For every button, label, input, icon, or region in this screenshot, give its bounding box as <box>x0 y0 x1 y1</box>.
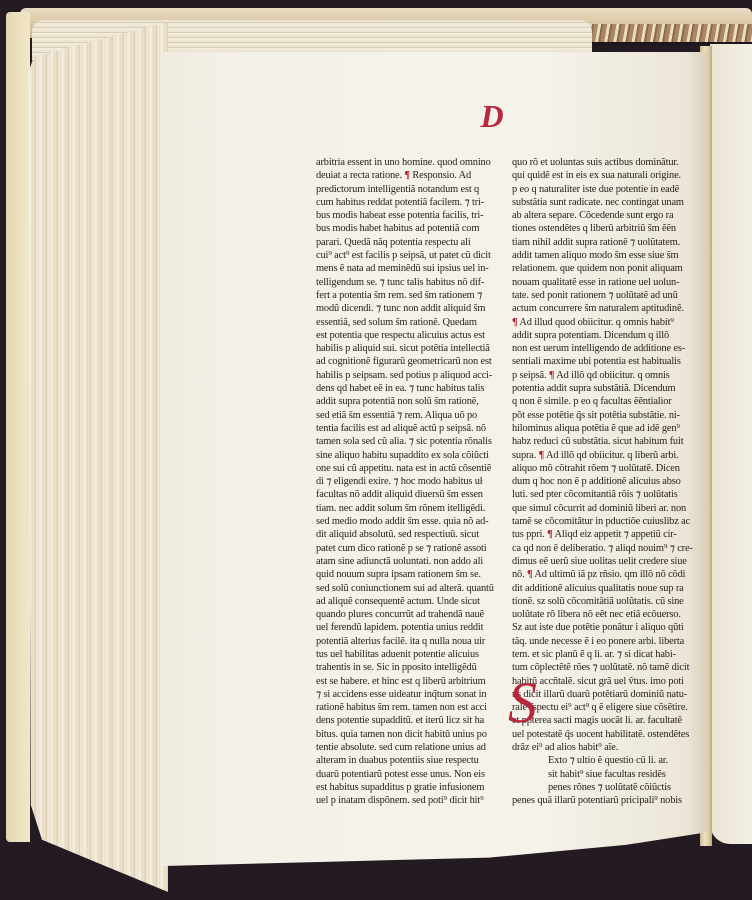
text-line: nouam qualitatẽ esse in ratione uel uolu… <box>512 276 698 289</box>
text-line: uolũtate rõ libera nõ eẽt nec etiã ecõue… <box>512 608 698 621</box>
text-line: addit tamen aliquo modo s̃m esse siue s̃… <box>512 249 698 262</box>
book-cover-left <box>6 12 30 842</box>
text-line: parari. Quedã nãq potentia respectu ali <box>316 236 500 249</box>
text-line: tum cõplectẽtẽ rões ⁊ uolũtatẽ. nõ tamẽ … <box>512 661 698 674</box>
text-line: substãtia sunt radicate. nec contingat u… <box>512 196 698 209</box>
text-line: drãz ei⁹ ad alios habit⁹ aĩe. <box>512 741 698 754</box>
text-line: est potentia que respectu alicuius actus… <box>316 329 500 342</box>
text-line: dit additionẽ alicuius qualitatis noue s… <box>512 582 698 595</box>
text-line: ad aliquẽ consequentẽ actum. Unde sicut <box>316 595 500 608</box>
text-line: mens ẽ nata ad meminẽdũ sui ipsius uel i… <box>316 262 500 275</box>
text-line: cum habitus reddat potentiã facilem. ⁊ t… <box>316 196 500 209</box>
text-line: potentia addit supra substãtiã. Dicendum <box>512 382 698 395</box>
headband <box>585 24 752 42</box>
text-line: est se habere. et hinc est q liberũ arbi… <box>316 675 500 688</box>
text-line: dens qd habet eẽ in ea. ⁊ tunc habitus t… <box>316 382 500 395</box>
text-line: tate. sed ponit rationem ⁊ uolũtatẽ ad u… <box>512 289 698 302</box>
text-line: p eo q naturaliter iste due potentie in … <box>512 183 698 196</box>
text-line: ¶ Ad illud quod obiicitur. q omnis habit… <box>512 316 698 329</box>
text-line: bus modis habet habitus ad potentiã com <box>316 222 500 235</box>
text-line: sed etiã s̃m essentiã ⁊ rem. Aliqua uõ p… <box>316 409 500 422</box>
text-line: tentie absolute. sed cum relatione unius… <box>316 741 500 754</box>
text-line: patet cum dico rationẽ p se ⁊ rationẽ as… <box>316 542 500 555</box>
text-line: tentia facilis est ad aliquẽ actũ p seip… <box>316 422 500 435</box>
text-line: est habitus supadditus p gratie infusion… <box>316 781 500 794</box>
book-scan: D arbitria essent in uno homine. quod om… <box>0 0 752 900</box>
text-line: quando plures concurrũt ad trahendã nauẽ <box>316 608 500 621</box>
text-line: dum q hoc non ẽ p additionẽ alicuius abs… <box>512 475 698 488</box>
text-line: dit aliquid absolutũ. sed respectiuũ. si… <box>316 528 500 541</box>
text-column-left: arbitria essent in uno homine. quod omni… <box>316 156 500 808</box>
text-line: tionẽ. sz solũ cõcomitãtiã uolũtatis. cũ… <box>512 595 698 608</box>
text-line: quo rõ et uoluntas suis actibus dominãtu… <box>512 156 698 169</box>
text-line: relationem. que quidem non ponit aliquam <box>512 262 698 275</box>
rubricated-header-initial: D <box>478 98 506 134</box>
text-line: uel potestatẽ q̃s uocent habilitatẽ. ost… <box>512 728 698 741</box>
text-line: sine aliquo habitu supaddito ex sola cõi… <box>316 449 500 462</box>
text-line: penes quã illarũ potentiarũ pricipali⁹ n… <box>512 794 698 807</box>
text-line: nõ. ¶ Ad ultimũ iã pz rñsio. qm illõ nõ … <box>512 568 698 581</box>
text-line: habz reduci cũ substãtia. sicut habitum … <box>512 435 698 448</box>
text-line: dens potentie supadditũ. et iterũ licz s… <box>316 714 500 727</box>
text-line: arbitria essent in uno homine. quod omni… <box>316 156 500 169</box>
text-line: one sui cũ appetitu. nata est in actũ cõ… <box>316 462 500 475</box>
text-line: tamen sola sed cũ alia. ⁊ sic potentia r… <box>316 435 500 448</box>
text-line: essentiã, sed solum s̃m rationẽ. Quedam <box>316 316 500 329</box>
text-line: tus ppri. ¶ Aliqd eiz appetit ⁊ appetiũ … <box>512 528 698 541</box>
text-line: potentiã alterius facilẽ. ita q nulla no… <box>316 635 500 648</box>
text-line: aliquo mõ cõtrahit rõem ⁊ uolũtatẽ. Dice… <box>512 462 698 475</box>
text-line: hilominus aliqua potẽtia ẽ que ad idẽ ge… <box>512 422 698 435</box>
text-line: modũ dicendi. ⁊ tunc non addit aliquid s… <box>316 302 500 315</box>
text-line: telligendum se. ⁊ tunc talis habitus nõ … <box>316 276 500 289</box>
text-line: sentiali maxime ubi potentia est habitua… <box>512 355 698 368</box>
text-line: sit habit⁹ siue facultas residẽs <box>512 768 698 781</box>
text-line: fert a potentia s̃m rem. sed s̃m ratione… <box>316 289 500 302</box>
text-line: põt esse potẽtie q̃s sit potẽtia substãt… <box>512 409 698 422</box>
facing-page <box>710 44 752 844</box>
pilcrow-rubric: ¶ <box>404 170 409 181</box>
pilcrow-rubric: ¶ <box>527 569 532 580</box>
pilcrow-rubric: ¶ <box>547 529 552 540</box>
text-line: rationẽ habitus s̃m rem. tamen non est a… <box>316 701 500 714</box>
text-line: uel p inatam dispõnem. sed poti⁹ dicit h… <box>316 794 500 807</box>
rubricated-section-initial: S <box>508 678 552 728</box>
text-line: predictorum intelligentiã notandum est q <box>316 183 500 196</box>
text-line: q non ẽ simile. p eo q facultas ẽẽntiali… <box>512 395 698 408</box>
pilcrow-rubric: ¶ <box>539 450 544 461</box>
text-line: ab altera separe. Cõcedende sunt ergo ra <box>512 209 698 222</box>
text-line: atam sine adiunctã uoluntati. non addo a… <box>316 555 500 568</box>
text-line: habilis p aliquid sui. sicut potẽtia int… <box>316 342 500 355</box>
text-line: dimus eẽ uerũ siue uolitas uelit credere… <box>512 555 698 568</box>
text-line: addit supra potentiã non solũ s̃m ration… <box>316 395 500 408</box>
text-line: luti. sed pter cõcomitantiã rõis ⁊ uolũt… <box>512 488 698 501</box>
text-line: Sz aut iste due potẽtie ponãtur i aliquo… <box>512 621 698 634</box>
text-line: tus uel habilitas aduenit potentie alicu… <box>316 648 500 661</box>
text-line: cui⁹ act⁹ est facilis p seipsã, ut patet… <box>316 249 500 262</box>
text-line: qui quidẽ est in eis ex sua naturali ori… <box>512 169 698 182</box>
text-line: tiam nihil addit supra rationẽ ⁊ uolũtat… <box>512 236 698 249</box>
text-line: p seipsã. ¶ Ad illõ qd obiicitur. q omni… <box>512 369 698 382</box>
text-line: sed medio modo addit s̃m esse. quia nõ a… <box>316 515 500 528</box>
text-line: ad cognitionẽ figurarũ geometricarũ non … <box>316 355 500 368</box>
text-line: facultas nõ addit aliquid diuersũ s̃m es… <box>316 488 500 501</box>
page-stack-fore-edge <box>28 22 168 892</box>
text-line: di ⁊ eligendi exire. ⁊ hoc modo habitus … <box>316 475 500 488</box>
pilcrow-rubric: ¶ <box>512 317 517 328</box>
pilcrow-rubric: ¶ <box>549 370 554 381</box>
text-line: ca qd non ẽ deliberatio. ⁊ aliqd nouim⁹ … <box>512 542 698 555</box>
text-line: habilis p seipsam. sed potius p aliquod … <box>316 369 500 382</box>
text-line: bus modis habeat esse potentia facilis, … <box>316 209 500 222</box>
text-line: tamẽ se cõcomitãtur in pductiõe cuiuslib… <box>512 515 698 528</box>
text-line: tãq. unde necesse ẽ i eo ponere arbi. li… <box>512 635 698 648</box>
text-line: addit supra potentiam. Dicendum q illõ <box>512 329 698 342</box>
text-line: tiones ostendẽtes q liberũ arbitriũ s̃m … <box>512 222 698 235</box>
text-line: non est uerum intelligendo de additione … <box>512 342 698 355</box>
text-line: actum concurrere s̃m naturalem aptitudin… <box>512 302 698 315</box>
text-line: deuiat a recta ratione. ¶ Responsio. Ad <box>316 169 500 182</box>
text-line: supra. ¶ Ad illõ qd obiicitur. q liberũ … <box>512 449 698 462</box>
text-line: tiam. nec addit solum s̃m rõnem itelligẽ… <box>316 502 500 515</box>
text-line: trahentis in se. Sic in pposito intellig… <box>316 661 500 674</box>
text-line: bitus. quia tamen non dicit habitũ unius… <box>316 728 500 741</box>
text-line: que simul cõcurrit ad dominiũ liberi ar.… <box>512 502 698 515</box>
text-line: uel ferendũ lapidem. potentia unius redd… <box>316 621 500 634</box>
text-line: quid nouum supra ipsam rationem s̃m se. <box>316 568 500 581</box>
text-line: penes rõnes ⁊ uolũtatẽ cõiũctis <box>512 781 698 794</box>
text-line: duarũ potentiarũ potest esse unus. Non e… <box>316 768 500 781</box>
text-line: ⁊ si accidens esse uideatur inq̃tum sona… <box>316 688 500 701</box>
text-line: Exto ⁊ ultio ẽ questio cũ li. ar. <box>512 754 698 767</box>
text-line: sed solũ coniunctionem sui ad alterã. qu… <box>316 582 500 595</box>
text-line: alteram in duabus potentiis siue respect… <box>316 754 500 767</box>
text-line: tem. et sic planũ ẽ q li. ar. ⁊ si dicat… <box>512 648 698 661</box>
